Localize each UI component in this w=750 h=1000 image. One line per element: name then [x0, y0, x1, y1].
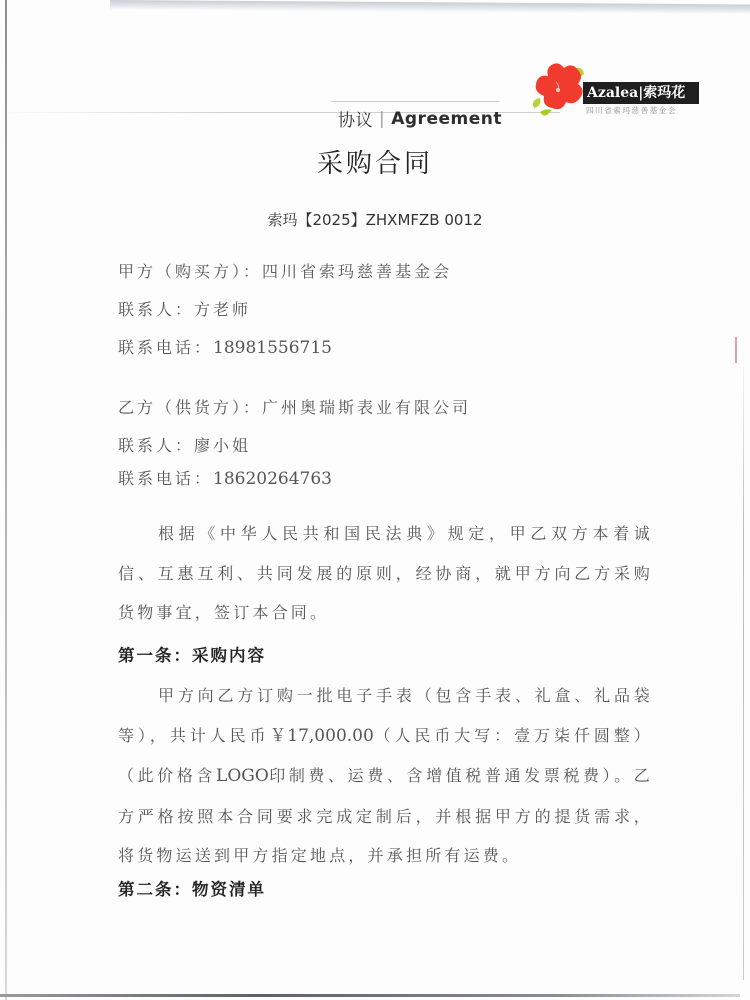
- document-title: 采购合同: [0, 143, 750, 180]
- party-a-contact-line: 联系人：方老师: [118, 297, 251, 320]
- contract-amount: ￥17,000.00: [270, 726, 374, 746]
- ink-mark: [735, 337, 737, 363]
- party-a-line: 甲方（购买方）：四川省索玛慈善基金会: [118, 259, 452, 282]
- party-b-phone: 18620264763: [213, 469, 332, 489]
- foundation-logo: Azalea|索玛花 四川省索玛慈善基金会: [528, 60, 703, 118]
- document-number: 索玛【2025】ZHXMFZB 0012: [0, 209, 750, 230]
- article-2-heading: 第二条：物资清单: [118, 876, 266, 900]
- party-b-line: 乙方（供货方）：广州奥瑞斯表业有限公司: [118, 395, 471, 418]
- party-a-contact: 方老师: [194, 300, 251, 319]
- party-a-phone: 18981556715: [213, 338, 332, 358]
- party-a-phone-line: 联系电话：18981556715: [118, 335, 332, 358]
- article-1-body: 甲方向乙方订购一批电子手表（包含手表、礼盒、礼品袋等），共计人民币￥17,000…: [118, 676, 653, 876]
- party-b-phone-line: 联系电话：18620264763: [118, 466, 332, 489]
- agreement-separator: |: [379, 109, 385, 129]
- preamble-paragraph: 根据《中华人民共和国民法典》规定，甲乙双方本着诚信、互惠互利、共同发展的原则，经…: [118, 514, 653, 633]
- agreement-cn: 协议: [338, 106, 373, 131]
- agreement-en: Agreement: [391, 109, 502, 129]
- scan-edge-right: [743, 340, 744, 980]
- party-b-contact: 廖小姐: [194, 436, 251, 455]
- party-a-name: 四川省索玛慈善基金会: [262, 262, 452, 281]
- scan-edge-bottom: [0, 994, 740, 997]
- agreement-tag: 协议 | Agreement: [338, 106, 502, 131]
- logo-subtitle: 四川省索玛慈善基金会: [586, 105, 677, 116]
- party-b-contact-line: 联系人：廖小姐: [118, 433, 251, 456]
- logo-wordmark: Azalea|索玛花: [583, 82, 699, 104]
- scan-edge-top: [110, 0, 750, 14]
- party-b-name: 广州奥瑞斯表业有限公司: [262, 398, 471, 417]
- article-1-heading: 第一条：采购内容: [118, 642, 266, 666]
